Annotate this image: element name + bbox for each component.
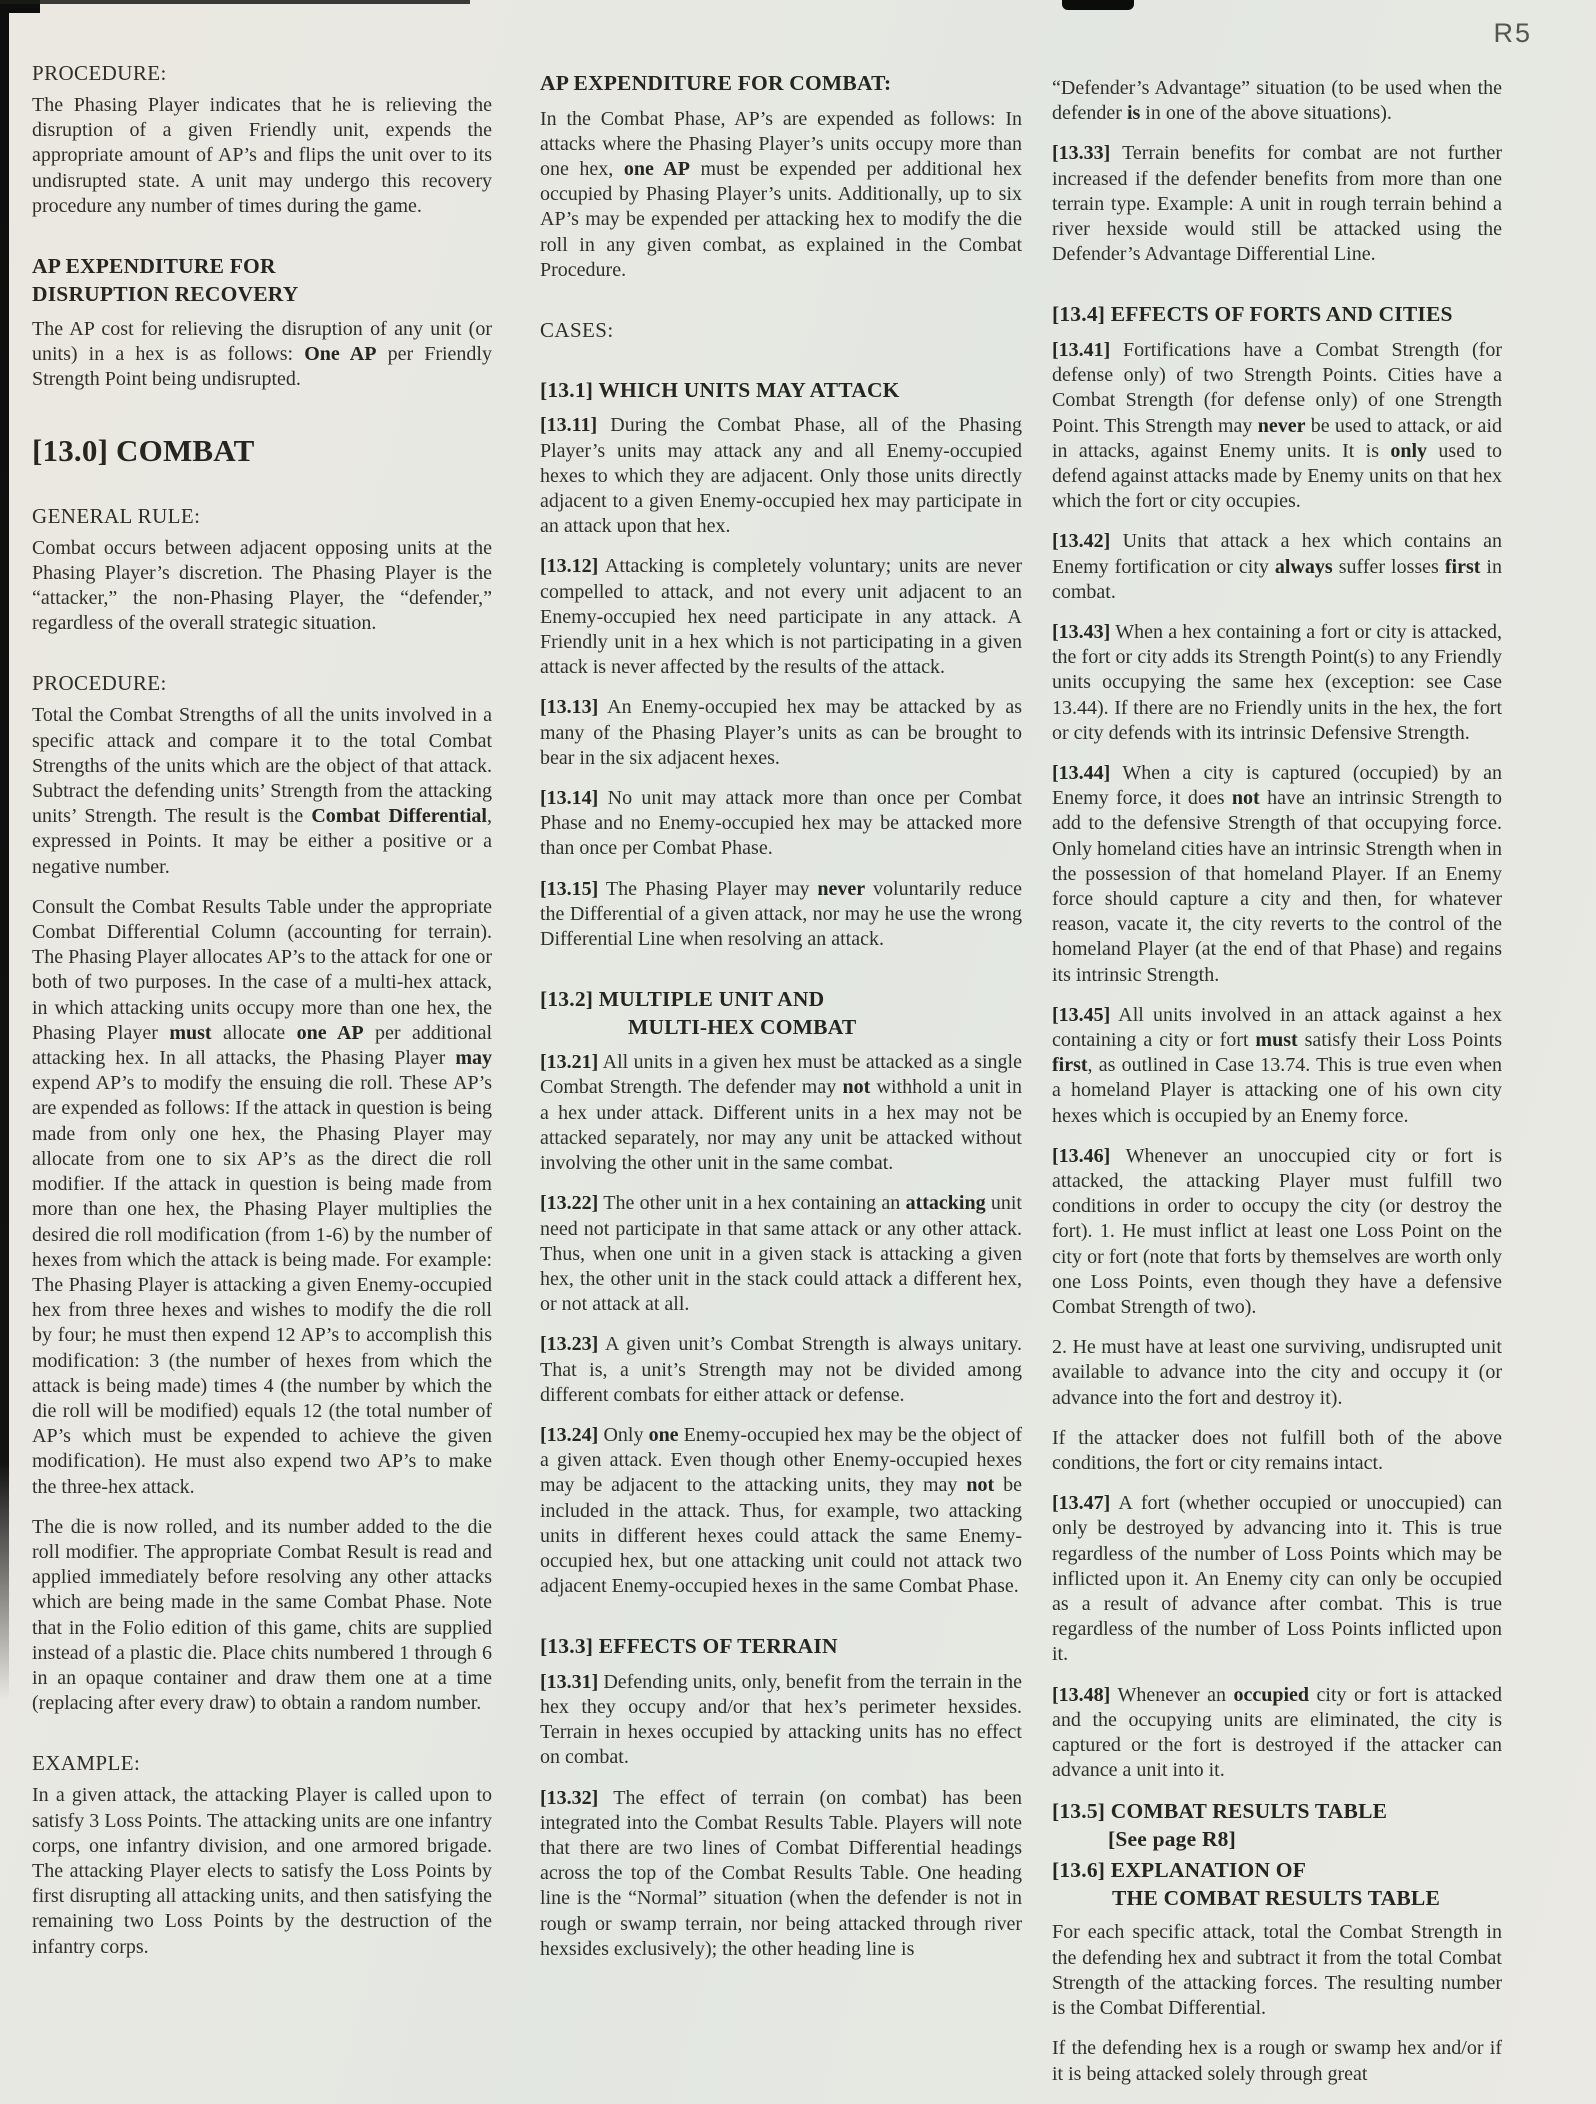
para-die-roll: The die is now rolled, and its number ad… [32, 1515, 492, 1717]
para-consult-crt: Consult the Combat Results Table under t… [32, 895, 492, 1500]
heading-13-1: [13.1] WHICH UNITS MAY ATTACK [540, 377, 1022, 405]
scan-edge-top [0, 0, 470, 4]
para-defending-hex-rough: If the defending hex is a rough or swamp… [1052, 2036, 1502, 2086]
heading-13-0: [13.0] COMBAT [32, 433, 492, 469]
scan-top-blot [1062, 0, 1134, 10]
case-13-32: [13.32] The effect of terrain (on combat… [540, 1786, 1022, 1962]
heading-line: THE COMBAT RESULTS TABLE [1052, 1885, 1502, 1913]
heading-ap-expenditure-disruption-recovery: AP EXPENDITURE FORDISRUPTION RECOVERY [32, 253, 492, 308]
heading-line: [13.5] COMBAT RESULTS TABLE [1052, 1798, 1502, 1826]
para-example: In a given attack, the attacking Player … [32, 1783, 492, 1959]
case-13-13: [13.13] An Enemy-occupied hex may be att… [540, 695, 1022, 771]
case-13-47: [13.47] A fort (whether occupied or unoc… [1052, 1491, 1502, 1667]
heading-13-4: [13.4] EFFECTS OF FORTS AND CITIES [1052, 301, 1502, 329]
procedure-kicker: PROCEDURE: [32, 60, 492, 86]
case-13-48: [13.48] Whenever an occupied city or for… [1052, 1683, 1502, 1784]
case-13-31: [13.31] Defending units, only, benefit f… [540, 1670, 1022, 1771]
scan-edge-left [0, 0, 9, 1700]
heading-13-3: [13.3] EFFECTS OF TERRAIN [540, 1633, 1022, 1661]
heading-ap-expenditure-combat: AP EXPENDITURE FOR COMBAT: [540, 70, 1022, 98]
column-1: PROCEDURE:The Phasing Player indicates t… [32, 60, 492, 1975]
para-disruption-procedure: The Phasing Player indicates that he is … [32, 93, 492, 219]
column-2: AP EXPENDITURE FOR COMBAT:In the Combat … [540, 70, 1022, 1977]
page-number: R5 [1493, 18, 1532, 49]
para-ap-cost: The AP cost for relieving the disruption… [32, 317, 492, 393]
case-13-41: [13.41] Fortifications have a Combat Str… [1052, 338, 1502, 514]
heading-line: MULTI-HEX COMBAT [540, 1014, 1022, 1042]
case-13-14: [13.14] No unit may attack more than onc… [540, 786, 1022, 862]
rules-page: R5 PROCEDURE:The Phasing Player indicate… [0, 0, 1596, 2104]
case-13-21: [13.21] All units in a given hex must be… [540, 1050, 1022, 1176]
example-kicker: EXAMPLE: [32, 1750, 492, 1776]
para-general-rule: Combat occurs between adjacent opposing … [32, 536, 492, 637]
case-13-15: [13.15] The Phasing Player may never vol… [540, 877, 1022, 953]
heading-line: [13.2] MULTIPLE UNIT AND [540, 986, 1022, 1014]
case-13-42: [13.42] Units that attack a hex which co… [1052, 529, 1502, 605]
heading-line: DISRUPTION RECOVERY [32, 281, 492, 309]
heading-13-2: [13.2] MULTIPLE UNIT ANDMULTI-HEX COMBAT [540, 986, 1022, 1041]
column-3: “Defender’s Advantage” situation (to be … [1052, 76, 1502, 2102]
case-13-44: [13.44] When a city is captured (occupie… [1052, 761, 1502, 988]
heading-line: [13.6] EXPLANATION OF [1052, 1857, 1502, 1885]
case-13-33: [13.33] Terrain benefits for combat are … [1052, 141, 1502, 267]
case-13-24: [13.24] Only one Enemy-occupied hex may … [540, 1423, 1022, 1599]
heading-line: [See page R8] [1052, 1826, 1502, 1854]
procedure-kicker-2: PROCEDURE: [32, 670, 492, 696]
para-ap-expenditure-combat: In the Combat Phase, AP’s are expended a… [540, 107, 1022, 283]
heading-13-6: [13.6] EXPLANATION OFTHE COMBAT RESULTS … [1052, 1857, 1502, 1912]
heading-line: AP EXPENDITURE FOR [32, 253, 492, 281]
para-defenders-advantage: “Defender’s Advantage” situation (to be … [1052, 76, 1502, 126]
para-combat-procedure: Total the Combat Strengths of all the un… [32, 703, 492, 879]
case-13-22: [13.22] The other unit in a hex containi… [540, 1191, 1022, 1317]
case-13-23: [13.23] A given unit’s Combat Strength i… [540, 1332, 1022, 1408]
case-13-43: [13.43] When a hex containing a fort or … [1052, 620, 1502, 746]
heading-13-5: [13.5] COMBAT RESULTS TABLE[See page R8] [1052, 1798, 1502, 1853]
para-crt-explanation: For each specific attack, total the Comb… [1052, 1920, 1502, 2021]
para-conditions-not-fulfilled: If the attacker does not fulfill both of… [1052, 1426, 1502, 1476]
case-13-12: [13.12] Attacking is completely voluntar… [540, 554, 1022, 680]
para-condition-2: 2. He must have at least one surviving, … [1052, 1335, 1502, 1411]
case-13-45: [13.45] All units involved in an attack … [1052, 1003, 1502, 1129]
case-13-46: [13.46] Whenever an unoccupied city or f… [1052, 1144, 1502, 1320]
case-13-11: [13.11] During the Combat Phase, all of … [540, 413, 1022, 539]
cases-kicker: CASES: [540, 317, 1022, 343]
general-rule-kicker: GENERAL RULE: [32, 503, 492, 529]
